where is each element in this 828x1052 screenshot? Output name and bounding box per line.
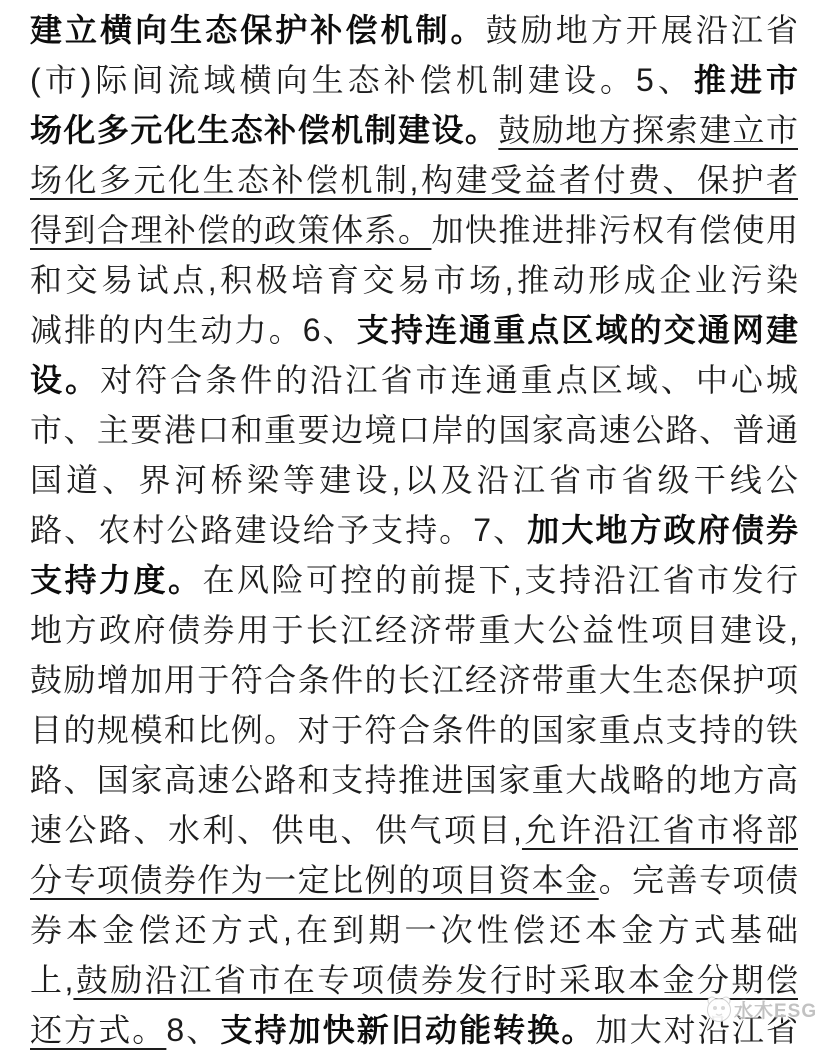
text-segment-underline: 场化多元化生态补偿机制,构建受益者付费、保护者 [30,162,798,198]
text-segment-regular: 。完善专项债 [599,862,798,898]
text-segment-regular: 市、主要港口和重要边境口岸的国家高速公路、普通 [30,412,798,448]
text-segment-underline: 还方式。 [30,1012,166,1048]
text-segment-regular: 加快推进排污权有偿使用 [431,212,798,248]
text-segment-regular: 国道、界河桥梁等建设,以及沿江省市省级干线公 [30,462,798,498]
text-line: 减排的内生动力。6、支持连通重点区域的交通网建 [30,305,798,355]
text-segment-regular: (市)际间流域横向生态补偿机制建设。5、 [30,62,694,98]
text-segment-regular: 速公路、水利、供电、供气项目, [30,812,522,848]
text-line: 还方式。8、支持加快新旧动能转换。加大对沿江省 [30,1005,798,1052]
text-segment-underline: 得到合理补偿的政策体系。 [30,212,431,248]
text-segment-bold: 支持力度。 [30,562,203,598]
text-segment-regular: 地方政府债券用于长江经济带重大公益性项目建设, [30,612,798,648]
text-segment-underline: 允许沿江省市将部 [522,812,798,848]
text-segment-bold: 支持连通重点区域的交通网建 [357,312,798,348]
text-line: 目的规模和比例。对于符合条件的国家重点支持的铁 [30,705,798,755]
text-line: 支持力度。在风险可控的前提下,支持沿江省市发行 [30,555,798,605]
text-segment-underline: 鼓励沿江省市在专项债券发行时采取本金分期偿 [73,962,798,998]
text-line: 市、主要港口和重要边境口岸的国家高速公路、普通 [30,405,798,455]
text-line: 设。对符合条件的沿江省市连通重点区域、中心城 [30,355,798,405]
text-line: 建立横向生态保护补偿机制。鼓励地方开展沿江省 [30,5,798,55]
text-segment-regular: 在风险可控的前提下,支持沿江省市发行 [203,562,798,598]
text-line: 得到合理补偿的政策体系。加快推进排污权有偿使用 [30,205,798,255]
text-segment-regular: 8、 [166,1012,220,1048]
text-segment-regular: 鼓励地方开展沿江省 [486,12,798,48]
text-segment-regular: 券本金偿还方式,在到期一次性偿还本金方式基础 [30,912,798,948]
text-line: 地方政府债券用于长江经济带重大公益性项目建设, [30,605,798,655]
text-line: 场化多元化生态补偿机制建设。鼓励地方探索建立市 [30,105,798,155]
text-segment-regular: 目的规模和比例。对于符合条件的国家重点支持的铁 [30,712,798,748]
text-segment-regular: 和交易试点,积极培育交易市场,推动形成企业污染 [30,262,798,298]
text-segment-bold: 设。 [30,362,100,398]
text-line: 和交易试点,积极培育交易市场,推动形成企业污染 [30,255,798,305]
text-line: 路、国家高速公路和支持推进国家重大战略的地方高 [30,755,798,805]
text-segment-regular: 减排的内生动力。6、 [30,312,357,348]
text-segment-regular: 路、农村公路建设给予支持。7、 [30,512,527,548]
text-segment-regular: 对符合条件的沿江省市连通重点区域、中心城 [100,362,798,398]
text-segment-regular: 路、国家高速公路和支持推进国家重大战略的地方高 [30,762,798,798]
text-segment-bold: 场化多元化生态补偿机制建设。 [30,112,498,148]
text-segment-regular: 上, [30,962,73,998]
text-line: 国道、界河桥梁等建设,以及沿江省市省级干线公 [30,455,798,505]
text-segment-regular: 鼓励增加用于符合条件的长江经济带重大生态保护项 [30,662,798,698]
text-line: 场化多元化生态补偿机制,构建受益者付费、保护者 [30,155,798,205]
text-segment-bold: 建立横向生态保护补偿机制。 [30,12,486,48]
text-line: 券本金偿还方式,在到期一次性偿还本金方式基础 [30,905,798,955]
text-line: 分专项债券作为一定比例的项目资本金。完善专项债 [30,855,798,905]
text-segment-underline: 分专项债券作为一定比例的项目资本金 [30,862,599,898]
text-segment-bold: 支持加快新旧动能转换。 [220,1012,595,1048]
text-segment-underline: 鼓励地方探索建立市 [498,112,798,148]
text-line: 鼓励增加用于符合条件的长江经济带重大生态保护项 [30,655,798,705]
document-body: 建立横向生态保护补偿机制。鼓励地方开展沿江省(市)际间流域横向生态补偿机制建设。… [0,0,828,1052]
text-line: 上,鼓励沿江省市在专项债券发行时采取本金分期偿 [30,955,798,1005]
text-segment-bold: 加大地方政府债券 [527,512,798,548]
text-segment-bold: 推进市 [694,62,798,98]
text-line: (市)际间流域横向生态补偿机制建设。5、推进市 [30,55,798,105]
text-line: 速公路、水利、供电、供气项目,允许沿江省市将部 [30,805,798,855]
text-segment-regular: 加大对沿江省 [595,1012,798,1048]
text-line: 路、农村公路建设给予支持。7、加大地方政府债券 [30,505,798,555]
